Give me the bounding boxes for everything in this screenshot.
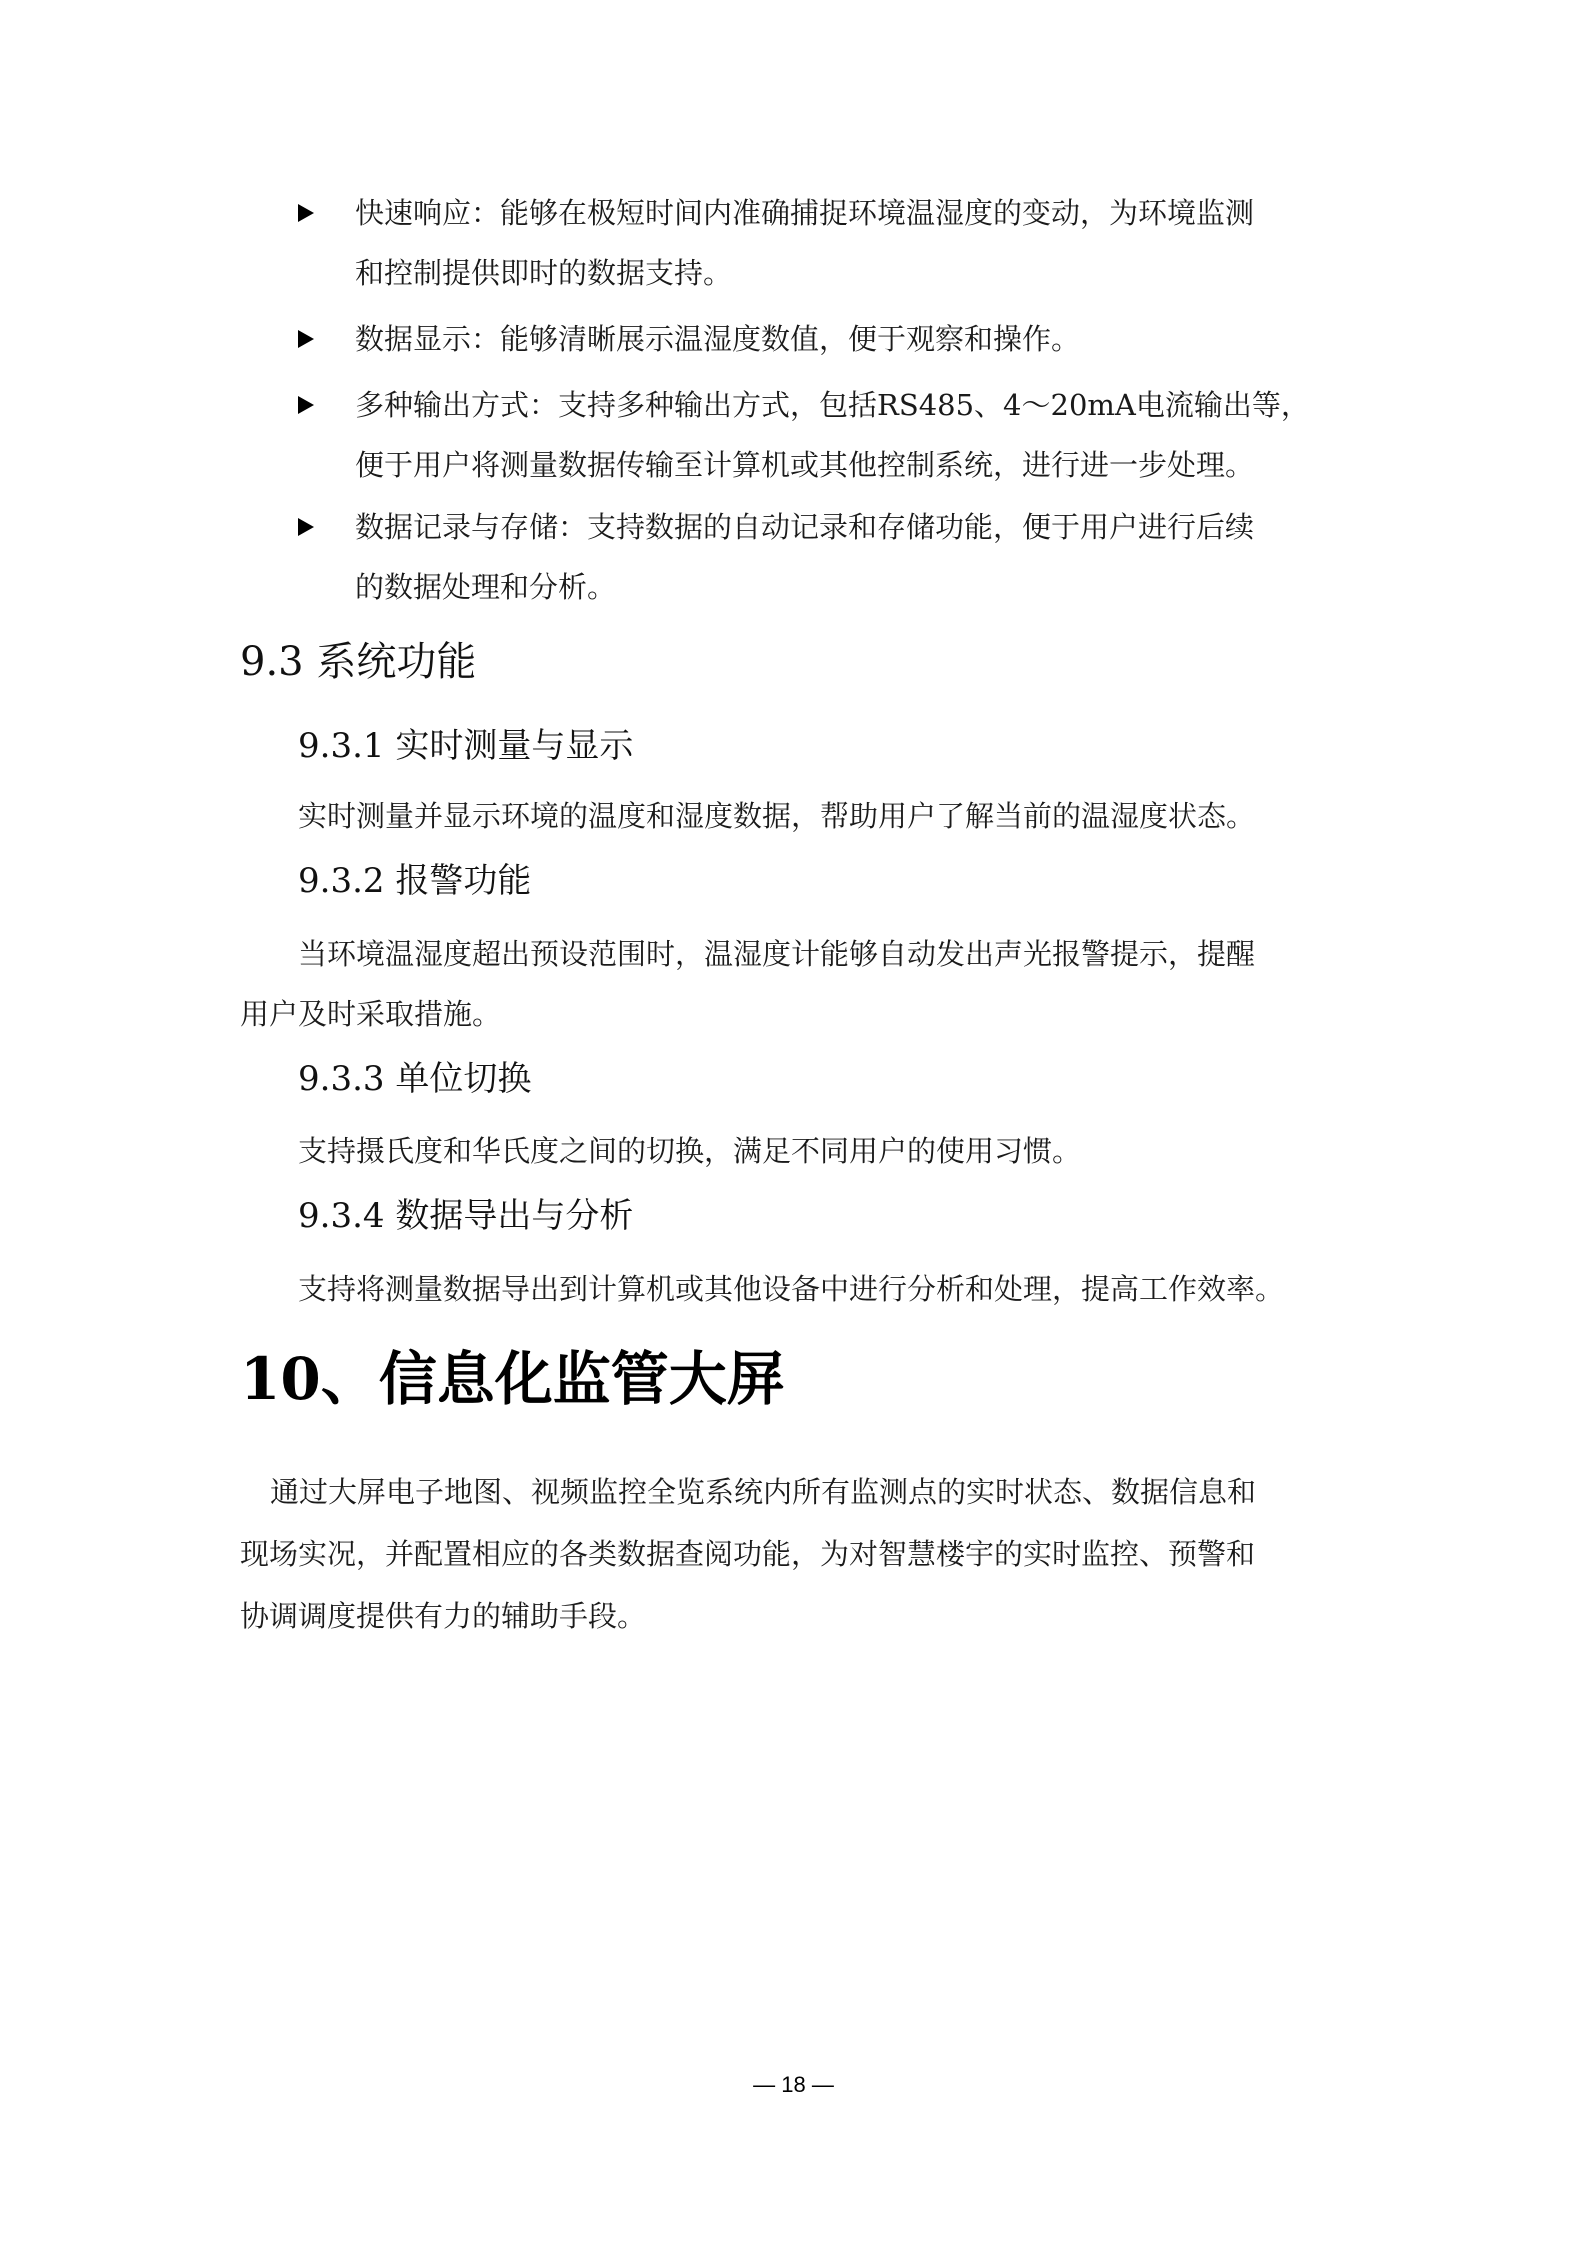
chapter-10-text-3: 协调调度提供有力的辅助手段。 [240, 1598, 646, 1634]
chapter-10-text-1: 通过大屏电子地图、视频监控全览系统内所有监测点的实时状态、数据信息和 [270, 1474, 1256, 1510]
arrowhead-bullet-icon [298, 518, 314, 536]
bullet-4-line-2: 的数据处理和分析。 [355, 569, 616, 605]
bullet-3-line-2: 便于用户将测量数据传输至计算机或其他控制系统，进行进一步处理。 [355, 447, 1254, 483]
subsection-9-3-3-text: 支持摄氏度和华氏度之间的切换，满足不同用户的使用习惯。 [298, 1133, 1081, 1169]
subsection-heading-9-3-4: 9.3.4 数据导出与分析 [298, 1195, 633, 1237]
page-number: — 18 — [0, 2072, 1587, 2098]
chapter-10-text-2: 现场实况，并配置相应的各类数据查阅功能，为对智慧楼宇的实时监控、预警和 [240, 1536, 1255, 1572]
section-heading-9-3: 9.3 系统功能 [240, 638, 476, 686]
arrowhead-bullet-icon [298, 330, 314, 348]
subsection-9-3-4-text: 支持将测量数据导出到计算机或其他设备中进行分析和处理，提高工作效率。 [298, 1271, 1284, 1307]
bullet-1-line-1: 快速响应：能够在极短时间内准确捕捉环境温湿度的变动，为环境监测 [355, 195, 1254, 231]
bullet-4-line-1: 数据记录与存储：支持数据的自动记录和存储功能，便于用户进行后续 [355, 509, 1254, 545]
subsection-9-3-2-text-1: 当环境温湿度超出预设范围时，温湿度计能够自动发出声光报警提示，提醒 [298, 936, 1255, 972]
subsection-heading-9-3-2: 9.3.2 报警功能 [298, 860, 531, 902]
subsection-9-3-2-text-2: 用户及时采取措施。 [240, 996, 501, 1032]
bullet-3-line-1: 多种输出方式：支持多种输出方式，包括RS485、4～20mA电流输出等， [355, 387, 1310, 423]
bullet-2-line-1: 数据显示：能够清晰展示温湿度数值，便于观察和操作。 [355, 321, 1080, 357]
arrowhead-bullet-icon [298, 204, 314, 222]
arrowhead-bullet-icon [298, 396, 314, 414]
chapter-heading-10: 10、信息化监管大屏 [240, 1345, 785, 1413]
subsection-heading-9-3-3: 9.3.3 单位切换 [298, 1058, 531, 1100]
document-page: 快速响应：能够在极短时间内准确捕捉环境温湿度的变动，为环境监测 和控制提供即时的… [0, 0, 1587, 2245]
subsection-heading-9-3-1: 9.3.1 实时测量与显示 [298, 725, 633, 767]
subsection-9-3-1-text: 实时测量并显示环境的温度和湿度数据，帮助用户了解当前的温湿度状态。 [298, 798, 1255, 834]
bullet-1-line-2: 和控制提供即时的数据支持。 [355, 255, 732, 291]
